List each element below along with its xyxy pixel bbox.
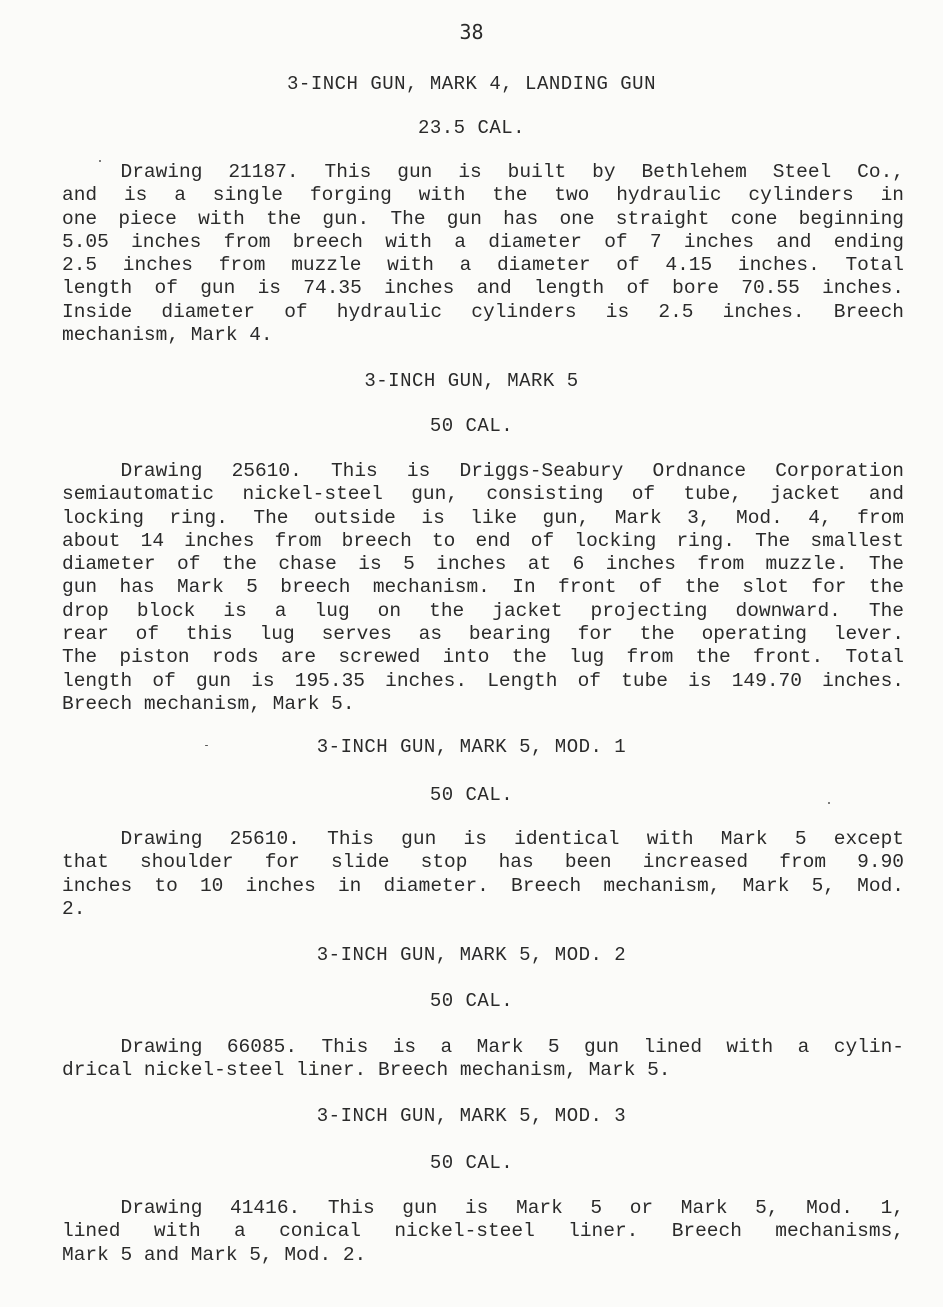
text-line: Drawing 21187. This gun is built by Beth…: [62, 161, 904, 184]
section-caliber: 50 CAL.: [0, 990, 943, 1012]
text-line: that shoulder for slide stop has been in…: [62, 851, 904, 874]
text-line: 5.05 inches from breech with a diameter …: [62, 231, 904, 254]
text-line: semiautomatic nickel-steel gun, consisti…: [62, 483, 904, 506]
text-line: Drawing 41416. This gun is Mark 5 or Mar…: [62, 1197, 904, 1220]
section-title: 3-INCH GUN, MARK 5: [0, 370, 943, 392]
text-line: Drawing 25610. This is Driggs-Seabury Or…: [62, 460, 904, 483]
section-title: 3-INCH GUN, MARK 5, MOD. 2: [0, 944, 943, 966]
section-paragraph: Drawing 41416. This gun is Mark 5 or Mar…: [62, 1197, 904, 1267]
section-title: 3-INCH GUN, MARK 4, LANDING GUN: [0, 73, 943, 95]
text-line: gun has Mark 5 breech mechanism. In fron…: [62, 576, 904, 599]
text-line: Drawing 66085. This is a Mark 5 gun line…: [62, 1036, 904, 1059]
text-line: drical nickel-steel liner. Breech mechan…: [62, 1059, 904, 1082]
text-line: Inside diameter of hydraulic cylinders i…: [62, 301, 904, 324]
text-line: length of gun is 195.35 inches. Length o…: [62, 670, 904, 693]
text-line: and is a single forging with the two hyd…: [62, 184, 904, 207]
section-caliber: 23.5 CAL.: [0, 117, 943, 139]
text-line: Drawing 25610. This gun is identical wit…: [62, 828, 904, 851]
text-line: Mark 5 and Mark 5, Mod. 2.: [62, 1244, 904, 1267]
section-paragraph: Drawing 25610. This gun is identical wit…: [62, 828, 904, 921]
section-caliber: 50 CAL.: [0, 1152, 943, 1174]
text-line: diameter of the chase is 5 inches at 6 i…: [62, 553, 904, 576]
scan-speck: [828, 802, 830, 804]
section-paragraph: Drawing 66085. This is a Mark 5 gun line…: [62, 1036, 904, 1083]
page-number: 38: [0, 20, 943, 44]
text-line: The piston rods are screwed into the lug…: [62, 646, 904, 669]
text-line: one piece with the gun. The gun has one …: [62, 208, 904, 231]
text-line: length of gun is 74.35 inches and length…: [62, 277, 904, 300]
text-line: locking ring. The outside is like gun, M…: [62, 507, 904, 530]
text-line: 2.: [62, 898, 904, 921]
section-paragraph: Drawing 25610. This is Driggs-Seabury Or…: [62, 460, 904, 716]
text-line: 2.5 inches from muzzle with a diameter o…: [62, 254, 904, 277]
text-line: mechanism, Mark 4.: [62, 324, 904, 347]
text-line: Breech mechanism, Mark 5.: [62, 693, 904, 716]
text-line: rear of this lug serves as bearing for t…: [62, 623, 904, 646]
text-line: inches to 10 inches in diameter. Breech …: [62, 875, 904, 898]
text-line: drop block is a lug on the jacket projec…: [62, 600, 904, 623]
section-title: 3-INCH GUN, MARK 5, MOD. 3: [0, 1105, 943, 1127]
section-caliber: 50 CAL.: [0, 415, 943, 437]
text-line: lined with a conical nickel-steel liner.…: [62, 1220, 904, 1243]
scan-speck: [205, 745, 208, 746]
section-title: 3-INCH GUN, MARK 5, MOD. 1: [0, 736, 943, 758]
scan-speck: [99, 160, 101, 162]
section-paragraph: Drawing 21187. This gun is built by Beth…: [62, 161, 904, 347]
text-line: about 14 inches from breech to end of lo…: [62, 530, 904, 553]
section-caliber: 50 CAL.: [0, 784, 943, 806]
